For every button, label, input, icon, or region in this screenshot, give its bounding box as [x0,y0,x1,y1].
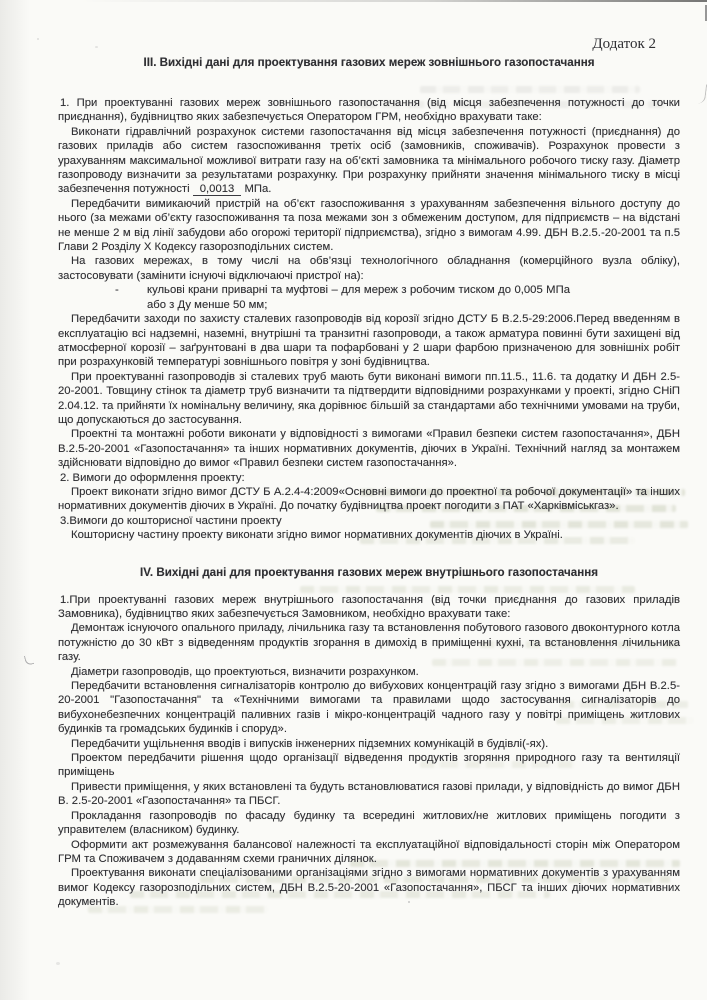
scan-speck [56,962,60,965]
document-content: Додаток 2 ІІІ. Вихідні дані для проектув… [58,36,680,910]
paragraph: Проектування виконати спеціалізованими о… [58,866,680,909]
paragraph: Привести приміщення, у яких встановлені … [58,780,680,809]
margin-pen-mark [24,654,34,666]
annex-label: Додаток 2 [58,36,680,53]
paragraph-text: Виконати гідравлічний розрахунок системи… [58,126,680,196]
pressure-value: 0,0013 [193,183,242,196]
paragraph: Передбачити ущільнення вводів і випусків… [58,737,680,751]
paragraph: Оформити акт розмежування балансової нал… [58,838,680,867]
subsection-heading: 3.Вимоги до кошторисної частини проекту [58,514,680,528]
paragraph: Демонтаж існуючого опального приладу, лі… [58,621,680,664]
paragraph: Прокладання газопроводів по фасаду будин… [58,809,680,838]
scan-edge-line [80,0,707,2]
paragraph: Проектні та монтажні роботи виконати у в… [58,427,680,470]
paragraph: Кошторисну частину проекту виконати згід… [58,528,680,542]
paragraph: На газових мережах, в тому числі на обв’… [58,254,680,283]
scan-edge-mark [697,84,707,105]
paragraph: Проектом передбачити рішення щодо органі… [58,751,680,780]
paragraph: 1. При проектуванні газових мереж зовніш… [58,96,680,125]
paragraph: При проектуванні газопроводів зі сталеви… [58,370,680,428]
scanned-document-page: Додаток 2 ІІІ. Вихідні дані для проектув… [0,0,707,1000]
unit-label: МПа. [244,183,271,195]
paragraph: Передбачити вимикаючий пристрій на об’єк… [58,197,680,255]
section-3-heading: ІІІ. Вихідні дані для проектування газов… [58,55,680,70]
paragraph: Передбачити встановлення сигналізаторів … [58,679,680,737]
section-4-body: 1.При проектуванні газових мереж внутріш… [58,593,680,910]
paragraph: 1.При проектуванні газових мереж внутріш… [58,593,680,622]
paragraph: Діаметри газопроводів, що проектуються, … [58,665,680,679]
scan-speck [37,38,39,40]
subsection-heading: 2. Вимоги до оформлення проекту: [58,471,680,485]
list-dash: - [115,283,147,312]
section-4-heading: IV. Вихідні дані для проектування газови… [58,565,680,580]
paragraph: Передбачити заходи по захисту сталевих г… [58,312,680,370]
paragraph-with-filled-value: Виконати гідравлічний розрахунок системи… [58,125,680,197]
paragraph: Проект виконати згідно вимог ДСТУ Б А.2.… [58,485,680,514]
section-3-body: 1. При проектуванні газових мереж зовніш… [58,96,680,543]
list-item: - кульові крани приварні та муфтові – дл… [115,283,680,312]
list-item-text: кульові крани приварні та муфтові – для … [147,283,680,312]
